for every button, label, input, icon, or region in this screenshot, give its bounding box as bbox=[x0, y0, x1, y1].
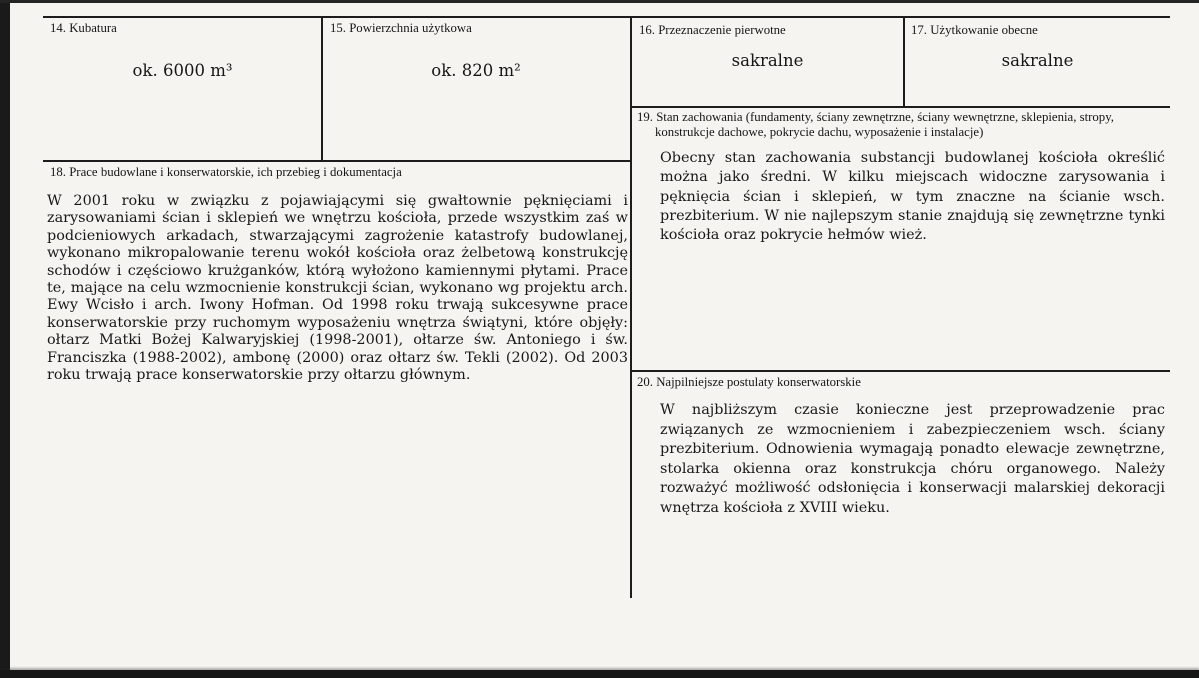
field-18-prace-body: W 2001 roku w związku z pojawiającymi si… bbox=[47, 193, 628, 384]
field-14-kubatura-value: ok. 6000 m³ bbox=[43, 61, 322, 80]
table-border-top bbox=[43, 16, 1170, 18]
field-16-przeznaczenie-value: sakralne bbox=[632, 51, 903, 70]
field-15-powierzchnia-label: 15. Powierzchnia użytkowa bbox=[330, 21, 472, 36]
field-14-kubatura-label: 14. Kubatura bbox=[50, 21, 117, 36]
field-20-postulaty-label: 20. Najpilniejsze postulaty konserwators… bbox=[637, 375, 861, 390]
table-border-below-field14-15 bbox=[43, 160, 632, 162]
field-19-stan-zachowania-label: 19. Stan zachowania (fundamenty, ściany … bbox=[637, 110, 1167, 139]
field-16-przeznaczenie-label: 16. Przeznaczenie pierwotne bbox=[639, 23, 786, 38]
heritage-record-card-scan: 14. Kubatura ok. 6000 m³ 15. Powierzchni… bbox=[0, 0, 1199, 678]
field-17-uzytkowanie-label: 17. Użytkowanie obecne bbox=[911, 23, 1038, 38]
field-19-stan-zachowania-body: Obecny stan zachowania substancji budowl… bbox=[660, 149, 1165, 245]
scan-top-edge bbox=[0, 0, 1199, 3]
field-17-uzytkowanie-value: sakralne bbox=[905, 51, 1170, 70]
table-center-divider bbox=[630, 16, 632, 598]
field-15-powierzchnia-value: ok. 820 m² bbox=[322, 61, 630, 80]
field-20-postulaty-body: W najbliższym czasie konieczne jest prze… bbox=[660, 401, 1165, 519]
table-border-below-field16-17 bbox=[630, 106, 1170, 108]
table-divider-field19-field20 bbox=[630, 370, 1170, 372]
field-18-prace-label: 18. Prace budowlane i konserwatorskie, i… bbox=[50, 165, 402, 180]
scan-bottom-edge bbox=[0, 670, 1199, 678]
table-divider-field14-field15 bbox=[321, 16, 323, 162]
scan-left-edge bbox=[0, 0, 10, 678]
